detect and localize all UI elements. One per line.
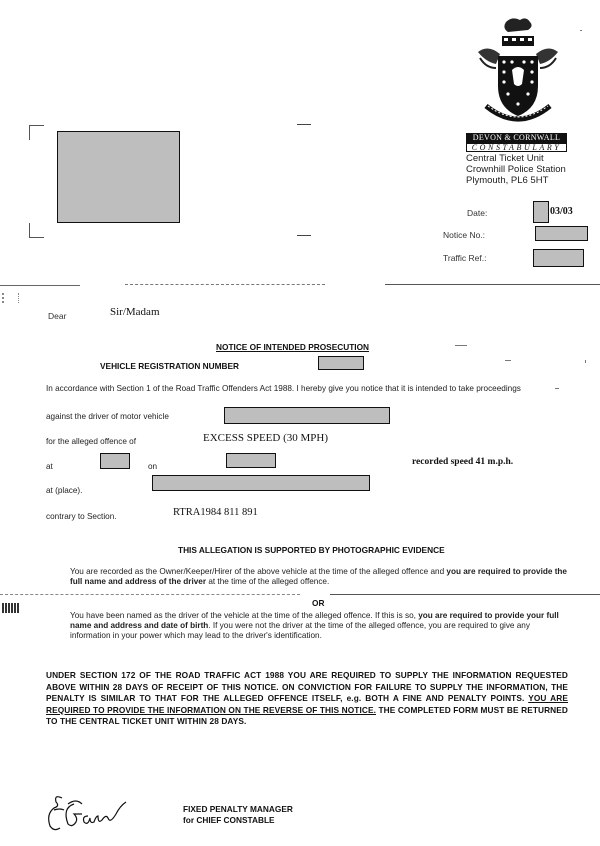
- recorded-speed: recorded speed 41 m.p.h.: [412, 457, 513, 467]
- contrary-value: RTRA1984 811 891: [173, 507, 258, 518]
- owner-para-text: You are recorded as the Owner/Keeper/Hir…: [70, 567, 446, 576]
- offence-value: EXCESS SPEED (30 MPH): [203, 432, 328, 444]
- window-corner-bottom-left: [29, 223, 44, 238]
- on-label: on: [148, 462, 157, 472]
- date-day-redacted: [533, 201, 549, 223]
- org-name-line1: DEVON & CORNWALL: [466, 133, 567, 143]
- scan-line: [125, 284, 325, 286]
- notice-no-redacted: [535, 226, 588, 241]
- signature: [44, 790, 134, 840]
- scan-artifact: [2, 293, 19, 303]
- intro-paragraph: In accordance with Section 1 of the Road…: [46, 384, 566, 394]
- salutation: Dear: [48, 311, 66, 321]
- scan-speck: [455, 345, 467, 346]
- place-redacted: [152, 475, 370, 491]
- driver-para-text: You have been named as the driver of the…: [70, 611, 418, 620]
- date-of-offence-redacted: [226, 453, 276, 468]
- contrary-label: contrary to Section.: [46, 512, 117, 522]
- time-redacted: [100, 453, 130, 469]
- legal-notice-text: UNDER SECTION 172 OF THE ROAD TRAFFIC AC…: [46, 670, 568, 703]
- window-corner-top-left: [29, 125, 44, 140]
- vehicle-description-redacted: [224, 407, 390, 424]
- scan-speck: [580, 30, 582, 31]
- notice-no-label: Notice No.:: [443, 230, 485, 240]
- date-value: 03/03: [550, 206, 573, 217]
- signatory-subtitle: for CHIEF CONSTABLE: [183, 815, 275, 825]
- scan-speck: [505, 360, 511, 361]
- vehicle-reg-label: VEHICLE REGISTRATION NUMBER: [100, 361, 239, 371]
- date-label: Date:: [467, 208, 487, 218]
- owner-paragraph: You are recorded as the Owner/Keeper/Hir…: [70, 567, 570, 587]
- offence-label: for the alleged offence of: [46, 437, 136, 447]
- driver-paragraph: You have been named as the driver of the…: [70, 611, 570, 641]
- police-crest-icon: [468, 14, 568, 134]
- traffic-ref-redacted: [533, 249, 584, 267]
- traffic-ref-label: Traffic Ref.:: [443, 253, 486, 263]
- address-line-3: Plymouth, PL6 5HT: [466, 175, 548, 186]
- or-separator: OR: [312, 598, 324, 608]
- notice-title: NOTICE OF INTENDED PROSECUTION: [216, 342, 369, 352]
- address-line-2: Crownhill Police Station: [466, 164, 566, 175]
- addressee: Sir/Madam: [110, 306, 160, 318]
- scan-artifact: [2, 603, 20, 613]
- owner-para-end: at the time of the alleged offence.: [206, 577, 329, 586]
- vehicle-reg-redacted: [318, 356, 364, 370]
- scan-speck: [555, 388, 559, 389]
- legal-notice: UNDER SECTION 172 OF THE ROAD TRAFFIC AC…: [46, 670, 568, 728]
- scan-line: [385, 284, 600, 285]
- scan-line: [0, 594, 300, 596]
- window-mark-top-right: [297, 124, 311, 125]
- address-line-1: Central Ticket Unit: [466, 153, 544, 164]
- at-time-label: at: [46, 462, 53, 472]
- signatory-title: FIXED PENALTY MANAGER: [183, 804, 293, 814]
- against-label: against the driver of motor vehicle: [46, 412, 169, 422]
- evidence-heading: THIS ALLEGATION IS SUPPORTED BY PHOTOGRA…: [178, 545, 445, 555]
- place-label: at (place).: [46, 486, 82, 496]
- window-mark-bottom-right: [297, 235, 311, 236]
- scan-line: [0, 285, 80, 286]
- scan-line: [330, 594, 600, 595]
- recipient-address-redacted: [57, 131, 180, 223]
- org-name-line2: CONSTABULARY: [466, 143, 567, 152]
- scan-speck: [585, 360, 586, 363]
